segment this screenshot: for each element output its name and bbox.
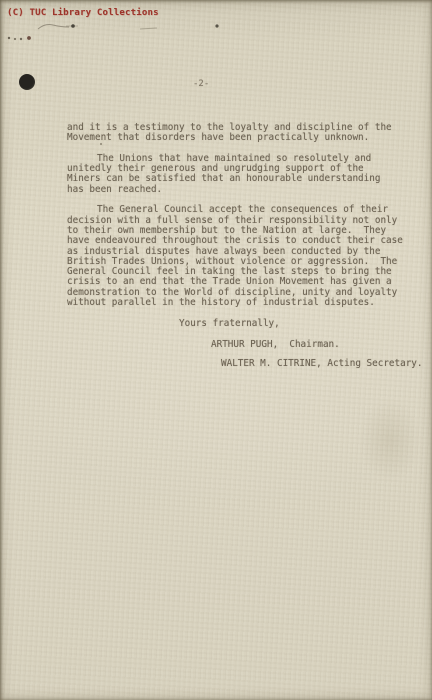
paragraph: The Unions that have maintained so resol… bbox=[67, 154, 412, 195]
paper-smudge bbox=[360, 400, 420, 480]
scanned-letter-page: (C) TUC Library Collections -2- and it i… bbox=[0, 0, 432, 700]
pencil-marks bbox=[0, 0, 432, 700]
letter-line: Movement that disorders have been practi… bbox=[67, 133, 412, 143]
paragraph: The General Council accept the consequen… bbox=[67, 205, 412, 308]
letter-line: has been reached. bbox=[67, 185, 412, 195]
letter-line: without parallel in the history of indus… bbox=[67, 298, 412, 308]
paragraph: and it is a testimony to the loyalty and… bbox=[67, 123, 412, 144]
letter-body: and it is a testimony to the loyalty and… bbox=[67, 123, 412, 319]
signature-secretary: WALTER M. CITRINE, Acting Secretary. bbox=[221, 358, 423, 369]
page-number: -2- bbox=[193, 79, 209, 89]
closing-salutation: Yours fraternally, bbox=[179, 318, 280, 329]
signature-chairman: ARTHUR PUGH, Chairman. bbox=[211, 339, 340, 350]
copyright-watermark: (C) TUC Library Collections bbox=[7, 8, 159, 18]
punch-hole bbox=[19, 74, 35, 90]
